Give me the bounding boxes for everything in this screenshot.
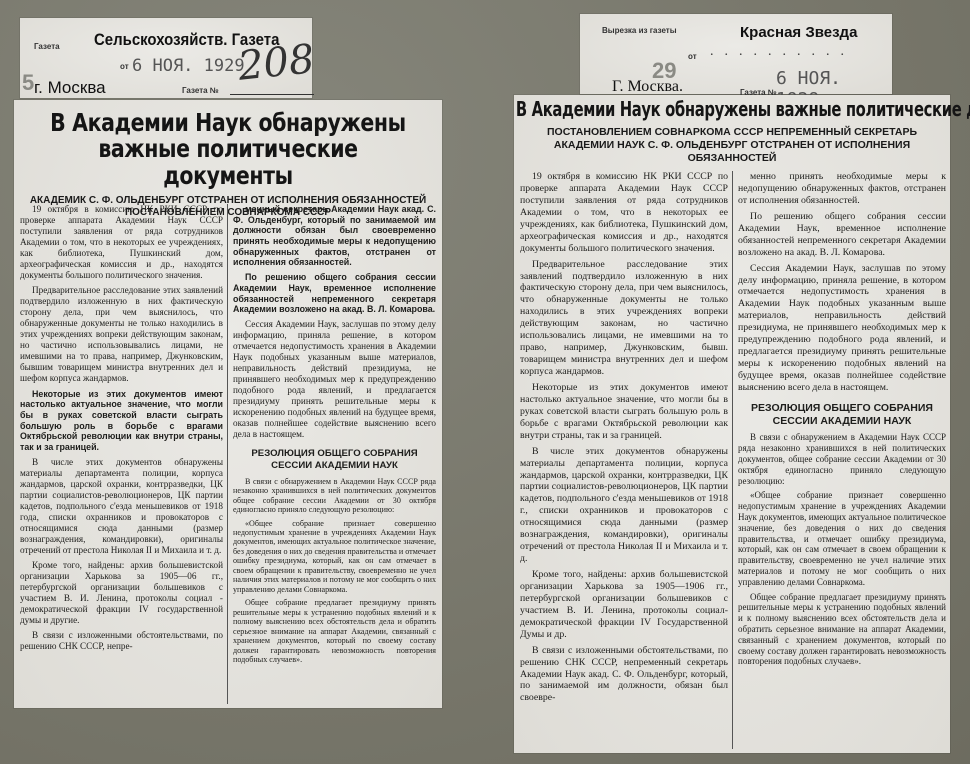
- article-paragraph: Некоторые из этих документов имеют насто…: [20, 389, 223, 453]
- article-column-1: 19 октября в комиссию НК РКИ СССР по про…: [520, 171, 728, 749]
- article-paragraph: Предварительное расследование этих заявл…: [20, 285, 223, 384]
- right-clipping-header-slip: Вырезка из газеты Красная Звезда от ....…: [580, 14, 892, 94]
- handwritten-number: 208: [236, 36, 317, 90]
- issue-label: Газета №: [182, 86, 219, 95]
- left-article-clipping: В Академии Наук обнаружены важные полити…: [14, 100, 442, 708]
- article-paragraph: Сессия Академии Наук, заслушав по этому …: [738, 263, 946, 394]
- article-subheadline: ПОСТАНОВЛЕНИЕМ СОВНАРКОМА СССР НЕПРЕМЕНН…: [514, 120, 950, 166]
- article-paragraph: 19 октября в комиссию НК РКИ СССР по про…: [20, 204, 223, 281]
- article-paragraph: Кроме того, найдены: архив большевистско…: [20, 560, 223, 626]
- article-column-2: менный секретарь Академии Наук акад. С. …: [227, 204, 436, 704]
- city: г. Москва: [34, 78, 106, 98]
- issue-number-line: [230, 94, 314, 95]
- article-paragraph: По решению общего собрания сессии Академ…: [233, 272, 436, 315]
- article-paragraph: Общее собрание предлагает президиуму при…: [738, 592, 946, 668]
- clipping-label: Вырезка из газеты: [602, 26, 677, 35]
- article-paragraph: Предварительное расследование этих заявл…: [520, 259, 728, 378]
- article-paragraph: Сессия Академии Наук, заслушав по этому …: [233, 319, 436, 440]
- article-paragraph: 19 октября в комиссию НК РКИ СССР по про…: [520, 171, 728, 255]
- from-label: от: [688, 52, 697, 61]
- article-paragraph: «Общее собрание признает совершенно недо…: [233, 519, 436, 595]
- from-label: от: [120, 62, 129, 71]
- article-paragraph: В числе этих документов обнаружены матер…: [520, 446, 728, 565]
- section-heading: РЕЗОЛЮЦИЯ ОБЩЕГО СОБРАНИЯ СЕССИИ АКАДЕМИ…: [742, 402, 942, 428]
- date-stamp: 6 НОЯ. 1929: [132, 56, 245, 76]
- article-paragraph: По решению общего собрания сессии Академ…: [738, 211, 946, 259]
- right-article-clipping: В Академии Наук обнаружены важные полити…: [514, 95, 950, 753]
- article-headline: В Академии Наук обнаружены важные полити…: [511, 95, 952, 120]
- article-columns: 19 октября в комиссию НК РКИ СССР по про…: [20, 204, 436, 704]
- article-paragraph: В числе этих документов обнаружены матер…: [20, 457, 223, 556]
- article-paragraph: Общее собрание предлагает президиуму при…: [233, 598, 436, 664]
- article-paragraph: В связи с изложенными обстоятельствами, …: [520, 645, 728, 705]
- date-dots: ..........: [710, 44, 855, 60]
- newspaper-name: Красная Звезда: [740, 24, 857, 41]
- newspaper-label: Газета: [34, 42, 60, 51]
- article-paragraph: «Общее собрание признает совершенно недо…: [738, 490, 946, 587]
- article-paragraph: Кроме того, найдены: архив большевистско…: [520, 569, 728, 641]
- article-paragraph: В связи с изложенными обстоятельствами, …: [20, 630, 223, 652]
- left-clipping-header-slip: Газета Сельскохозяйств. Газета от 6 НОЯ.…: [20, 18, 312, 98]
- archive-number: 5: [22, 70, 34, 96]
- article-columns: 19 октября в комиссию НК РКИ СССР по про…: [520, 171, 946, 749]
- city: Г. Москва.: [612, 78, 683, 96]
- article-column-1: 19 октября в комиссию НК РКИ СССР по про…: [20, 204, 223, 704]
- article-column-2: менно принять необходимые меры к недопущ…: [732, 171, 946, 749]
- section-heading: РЕЗОЛЮЦИЯ ОБЩЕГО СОБРАНИЯ СЕССИИ АКАДЕМИ…: [237, 448, 432, 471]
- article-paragraph: Некоторые из этих документов имеют насто…: [520, 382, 728, 442]
- article-headline: В Академии Наук обнаружены важные полити…: [20, 100, 437, 189]
- article-paragraph: менный секретарь Академии Наук акад. С. …: [233, 204, 436, 268]
- article-paragraph: менно принять необходимые меры к недопущ…: [738, 171, 946, 207]
- article-paragraph: В связи с обнаружением в Академии Наук С…: [233, 477, 436, 515]
- article-paragraph: В связи с обнаружением в Академии Наук С…: [738, 432, 946, 486]
